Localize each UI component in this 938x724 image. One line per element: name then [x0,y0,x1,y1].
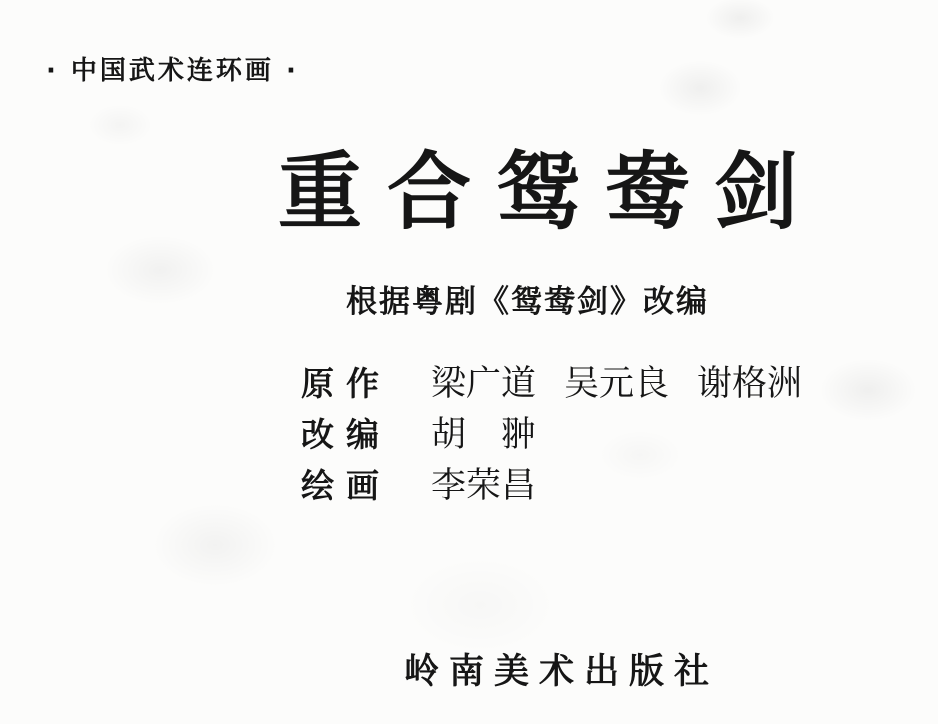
credit-role-illustrator: 绘画 [301,460,431,507]
credit-name: 胡 翀 [431,407,536,457]
credit-name: 李荣昌 [431,458,536,508]
book-title: 重合鸳鸯剑 [278,148,823,237]
credits-block: 原作 梁广道 吴元良 谢格洲 改编 胡 翀 绘画 李荣昌 [301,356,830,509]
credit-row-original-authors: 原作 梁广道 吴元良 谢格洲 [301,356,830,392]
credit-row-illustrator: 绘画 李荣昌 [301,458,830,494]
credit-role-adapter: 改编 [301,409,431,456]
credit-name: 吴元良 [564,356,669,406]
series-label: · 中国武术连环画 · [46,50,299,87]
credit-row-adapter: 改编 胡 翀 [301,407,830,443]
publisher-name: 岭南美术出版社 [404,644,719,694]
credit-name: 梁广道 [431,356,536,406]
credit-role-original: 原作 [301,358,431,405]
credit-name: 谢格洲 [697,356,802,406]
adaptation-subtitle: 根据粤剧《鸳鸯剑》改编 [346,276,709,321]
scanned-title-page: · 中国武术连环画 · 重合鸳鸯剑 根据粤剧《鸳鸯剑》改编 原作 梁广道 吴元良… [0,0,938,724]
